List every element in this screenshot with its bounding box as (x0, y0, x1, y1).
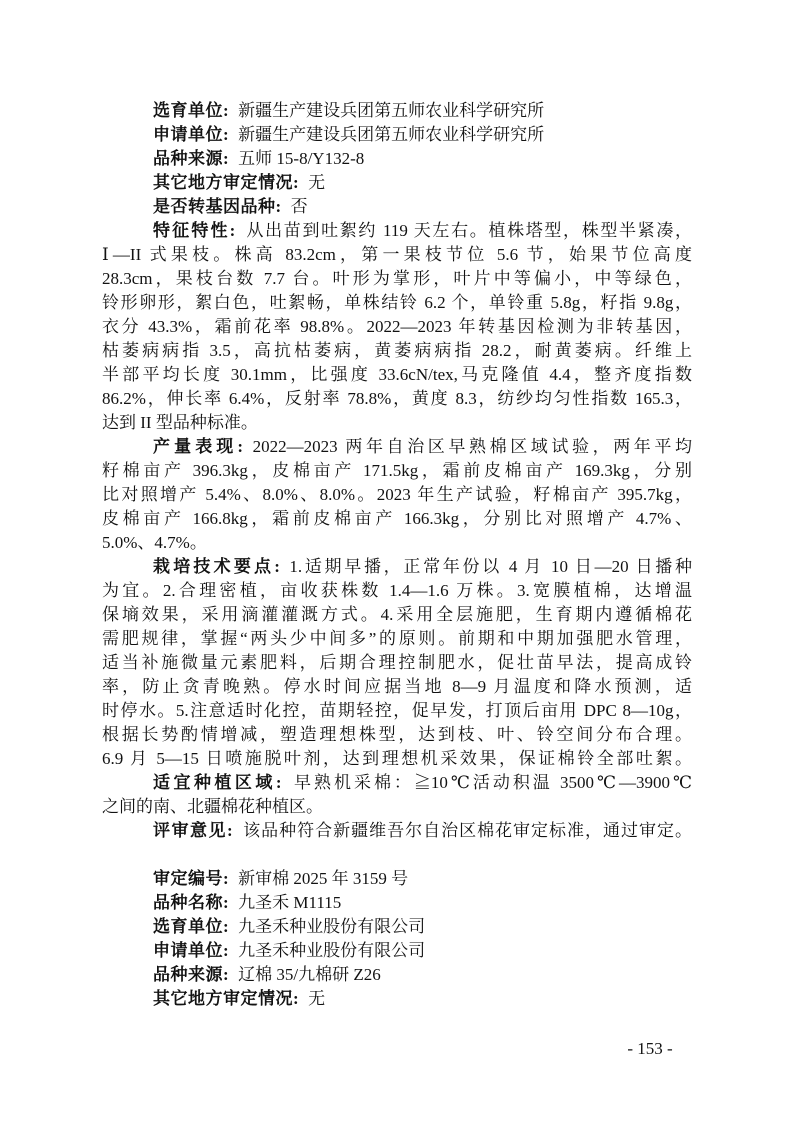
text-run: 2022—2023 两年自治区早熟棉区域试验，两年平均 (253, 437, 692, 456)
field-label: 选育单位: (153, 917, 229, 936)
paragraph-traits-line: 铃形卵形，絮白色，吐絮畅，单株结铃 6.2 个，单铃重 5.8g，籽指 9.8g… (102, 291, 692, 315)
field-other-approval: 其它地方审定情况:无 (102, 987, 692, 1011)
document-body: 选育单位:新疆生产建设兵团第五师农业科学研究所 申请单位:新疆生产建设兵团第五师… (102, 99, 692, 1011)
field-variety-source: 品种来源:辽棉 35/九棉研 Z26 (102, 963, 692, 987)
paragraph-traits-line: Ⅰ—II 式果枝。株高 83.2cm，第一果枝节位 5.6 节，始果节位高度 (102, 243, 692, 267)
paragraph-cultivation-line: 率，防止贪青晚熟。停水时间应据当地 8—9 月温度和降水预测，适 (102, 675, 692, 699)
label-yield: 产量表现: (153, 437, 244, 456)
field-label: 审定编号: (153, 869, 229, 888)
field-value: 辽棉 35/九棉研 Z26 (238, 965, 381, 984)
field-breeding-unit: 选育单位:新疆生产建设兵团第五师农业科学研究所 (102, 99, 692, 123)
paragraph-cultivation-line: 时停水。5.注意适时化控，苗期轻控，促早发，打顶后亩用 DPC 8—10g， (102, 699, 692, 723)
field-value: 无 (308, 173, 325, 192)
label-cultivation: 栽培技术要点: (153, 557, 280, 576)
field-approval-number: 审定编号:新审棉 2025 年 3159 号 (102, 867, 692, 891)
field-value: 九圣禾种业股份有限公司 (238, 917, 425, 936)
field-value: 否 (291, 197, 308, 216)
paragraph-cultivation-line: 保墒效果，采用滴灌灌溉方式。4.采用全层施肥，生育期内遵循棉花 (102, 603, 692, 627)
label-review: 评审意见: (153, 821, 233, 840)
field-value: 九圣禾 M1115 (238, 893, 341, 912)
paragraph-cultivation-line: 适当补施微量元素肥料，后期合理控制肥水，促壮苗早法，提高成铃 (102, 651, 692, 675)
field-value: 新疆生产建设兵团第五师农业科学研究所 (238, 125, 544, 144)
paragraph-traits-line: 枯萎病病指 3.5，高抗枯萎病，黄萎病病指 28.2，耐黄萎病。纤维上 (102, 339, 692, 363)
paragraph-region-line: 适宜种植区域:早熟机采棉：≧10℃活动积温 3500℃—3900℃ (102, 771, 692, 795)
field-label: 其它地方审定情况: (153, 173, 299, 192)
field-applicant-unit: 申请单位:新疆生产建设兵团第五师农业科学研究所 (102, 123, 692, 147)
paragraph-yield-line: 5.0%、4.7%。 (102, 531, 692, 555)
paragraph-cultivation-line: 6.9 月 5—15 日喷施脱叶剂，达到理想机采效果，保证棉铃全部吐絮。 (102, 747, 692, 771)
field-applicant-unit: 申请单位:九圣禾种业股份有限公司 (102, 939, 692, 963)
field-label: 选育单位: (153, 101, 229, 120)
paragraph-traits-line: 半部平均长度 30.1mm，比强度 33.6cN/tex,马克隆值 4.4，整齐… (102, 363, 692, 387)
field-value: 新审棉 2025 年 3159 号 (238, 869, 408, 888)
paragraph-yield-line: 产量表现:2022—2023 两年自治区早熟棉区域试验，两年平均 (102, 435, 692, 459)
page-number: - 153 - (600, 1038, 700, 1060)
paragraph-region-line: 之间的南、北疆棉花种植区。 (102, 795, 692, 819)
field-label: 品种名称: (153, 893, 229, 912)
paragraph-cultivation-line: 为宜。2.合理密植，亩收获株数 1.4—1.6 万株。3.宽膜植棉，达增温 (102, 579, 692, 603)
field-label: 是否转基因品种: (153, 197, 282, 216)
text-run: 早熟机采棉：≧10℃活动积温 3500℃—3900℃ (291, 773, 692, 792)
label-region: 适宜种植区域: (153, 773, 282, 792)
paragraph-traits-line: 衣分 43.3%，霜前花率 98.8%。2022—2023 年转基因检测为非转基… (102, 315, 692, 339)
field-transgenic: 是否转基因品种:否 (102, 195, 692, 219)
field-label: 申请单位: (153, 125, 229, 144)
field-value: 九圣禾种业股份有限公司 (238, 941, 425, 960)
field-value: 新疆生产建设兵团第五师农业科学研究所 (238, 101, 544, 120)
paragraph-cultivation-line: 根据长势酌情增减，塑造理想株型，达到枝、叶、铃空间分布合理。 (102, 723, 692, 747)
text-run: 该品种符合新疆维吾尔自治区棉花审定标准，通过审定。 (242, 821, 692, 840)
paragraph-cultivation-line: 栽培技术要点:1.适期早播，正常年份以 4 月 10 日—20 日播种 (102, 555, 692, 579)
field-variety-name: 品种名称:九圣禾 M1115 (102, 891, 692, 915)
field-breeding-unit: 选育单位:九圣禾种业股份有限公司 (102, 915, 692, 939)
paragraph-traits-line: 86.2%，伸长率 6.4%，反射率 78.8%，黄度 8.3，纺纱均匀性指数 … (102, 387, 692, 411)
field-label: 品种来源: (153, 965, 229, 984)
field-variety-source: 品种来源:五师 15-8/Y132-8 (102, 147, 692, 171)
document-page: 选育单位:新疆生产建设兵团第五师农业科学研究所 申请单位:新疆生产建设兵团第五师… (0, 0, 793, 1122)
paragraph-traits-line: 28.3cm，果枝台数 7.7 台。叶形为掌形，叶片中等偏小，中等绿色， (102, 267, 692, 291)
paragraph-yield-line: 比对照增产 5.4%、8.0%、8.0%。2023 年生产试验，籽棉亩产 395… (102, 483, 692, 507)
field-label: 其它地方审定情况: (153, 989, 299, 1008)
field-other-approval: 其它地方审定情况:无 (102, 171, 692, 195)
text-run: 1.适期早播，正常年份以 4 月 10 日—20 日播种 (289, 557, 692, 576)
paragraph-traits-line: 达到 II 型品种标准。 (102, 411, 692, 435)
label-traits: 特征特性: (153, 221, 236, 240)
paragraph-yield-line: 皮棉亩产 166.8kg，霜前皮棉亩产 166.3kg，分别比对照增产 4.7%… (102, 507, 692, 531)
blank-line (102, 843, 692, 867)
field-value: 无 (308, 989, 325, 1008)
text-run: 从出苗到吐絮约 119 天左右。植株塔型，株型半紧凑， (245, 221, 692, 240)
paragraph-cultivation-line: 需肥规律，掌握“两头少中间多”的原则。前期和中期加强肥水管理， (102, 627, 692, 651)
paragraph-traits-line: 特征特性:从出苗到吐絮约 119 天左右。植株塔型，株型半紧凑， (102, 219, 692, 243)
paragraph-review-line: 评审意见:该品种符合新疆维吾尔自治区棉花审定标准，通过审定。 (102, 819, 692, 843)
field-label: 品种来源: (153, 149, 229, 168)
field-label: 申请单位: (153, 941, 229, 960)
field-value: 五师 15-8/Y132-8 (238, 149, 364, 168)
paragraph-yield-line: 籽棉亩产 396.3kg，皮棉亩产 171.5kg，霜前皮棉亩产 169.3kg… (102, 459, 692, 483)
